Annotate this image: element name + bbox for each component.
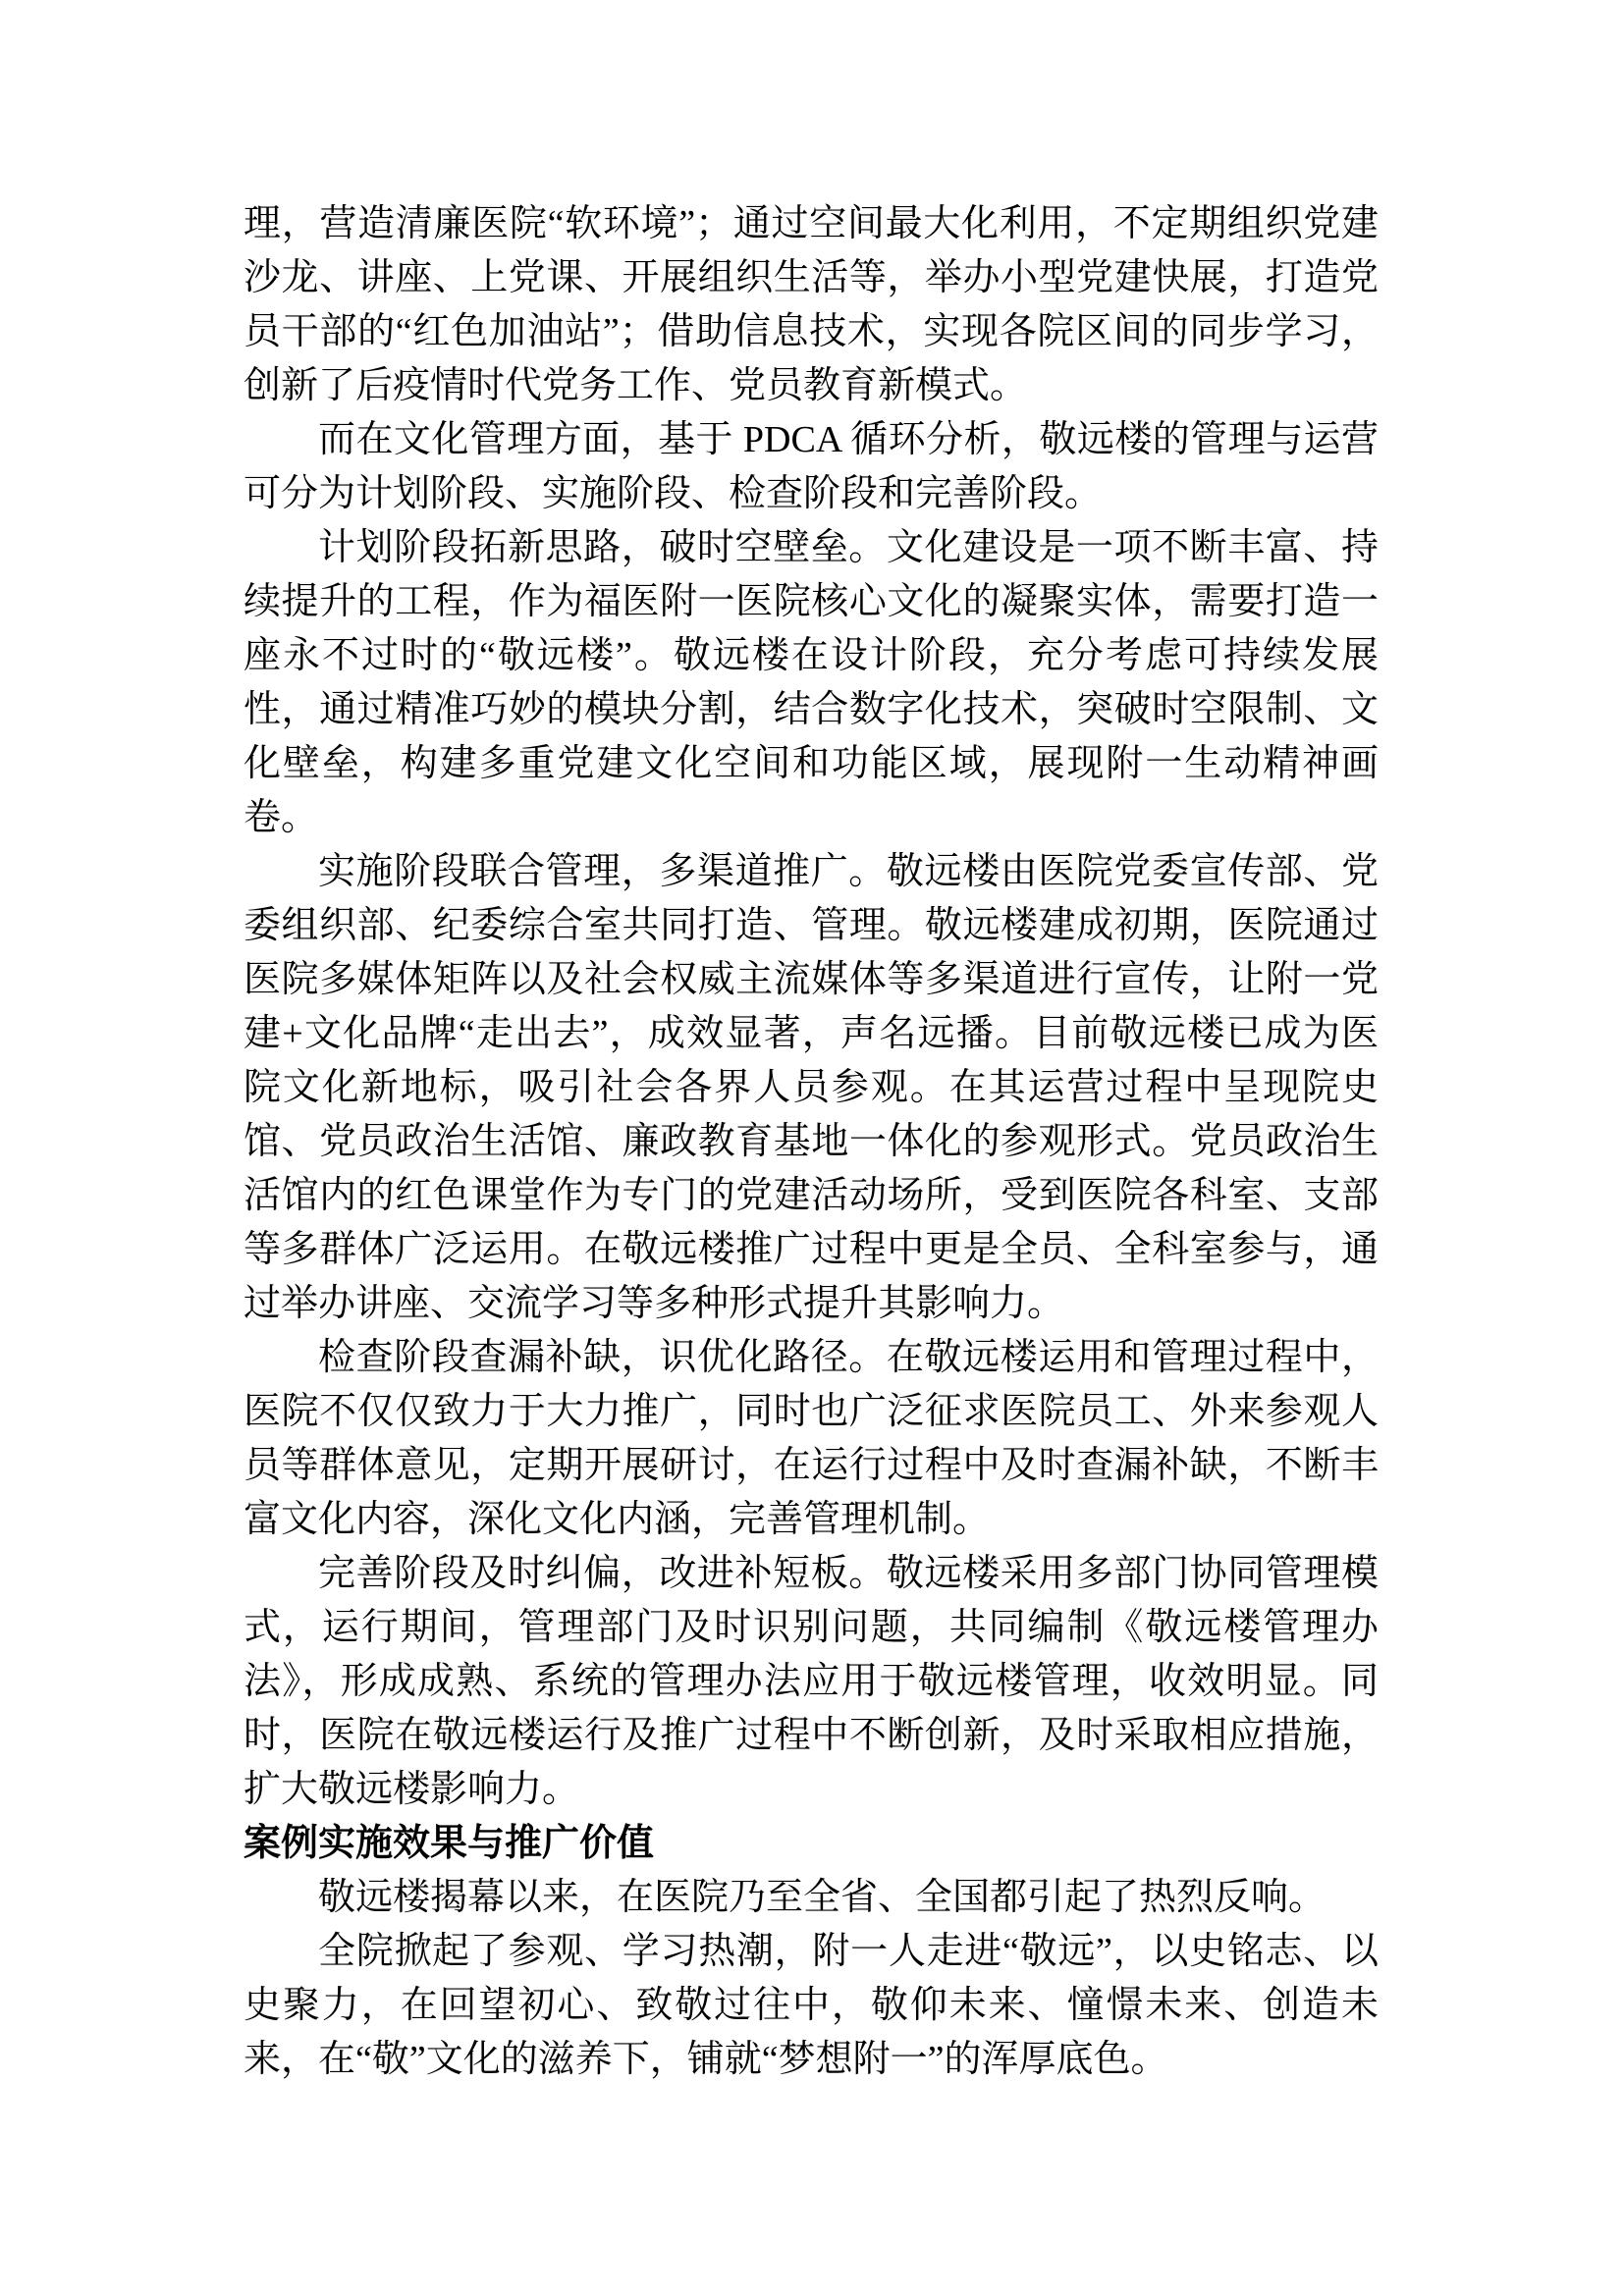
body-paragraph: 计划阶段拓新思路，破时空壁垒。文化建设是一项不断丰富、持续提升的工程，作为福医附… bbox=[244, 521, 1379, 845]
body-paragraph: 完善阶段及时纠偏，改进补短板。敬远楼采用多部门协同管理模式，运行期间，管理部门及… bbox=[244, 1547, 1379, 1817]
body-paragraph: 全院掀起了参观、学习热潮，附一人走进“敬远”，以史铭志、以史聚力，在回望初心、致… bbox=[244, 1925, 1379, 2087]
section-heading: 案例实施效果与推广价值 bbox=[244, 1817, 1379, 1871]
body-paragraph: 而在文化管理方面，基于 PDCA 循环分析，敬远楼的管理与运营可分为计划阶段、实… bbox=[244, 413, 1379, 521]
body-paragraph: 敬远楼揭幕以来，在医院乃至全省、全国都引起了热烈反响。 bbox=[244, 1871, 1379, 1925]
body-paragraph: 实施阶段联合管理，多渠道推广。敬远楼由医院党委宣传部、党委组织部、纪委综合室共同… bbox=[244, 845, 1379, 1331]
body-paragraph: 检查阶段查漏补缺，识优化路径。在敬远楼运用和管理过程中，医院不仅仅致力于大力推广… bbox=[244, 1331, 1379, 1547]
page-text-content: 理，营造清廉医院“软环境”；通过空间最大化利用，不定期组织党建沙龙、讲座、上党课… bbox=[244, 197, 1379, 2087]
body-paragraph: 理，营造清廉医院“软环境”；通过空间最大化利用，不定期组织党建沙龙、讲座、上党课… bbox=[244, 197, 1379, 413]
document-page: 理，营造清廉医院“软环境”；通过空间最大化利用，不定期组织党建沙龙、讲座、上党课… bbox=[0, 0, 1624, 2296]
